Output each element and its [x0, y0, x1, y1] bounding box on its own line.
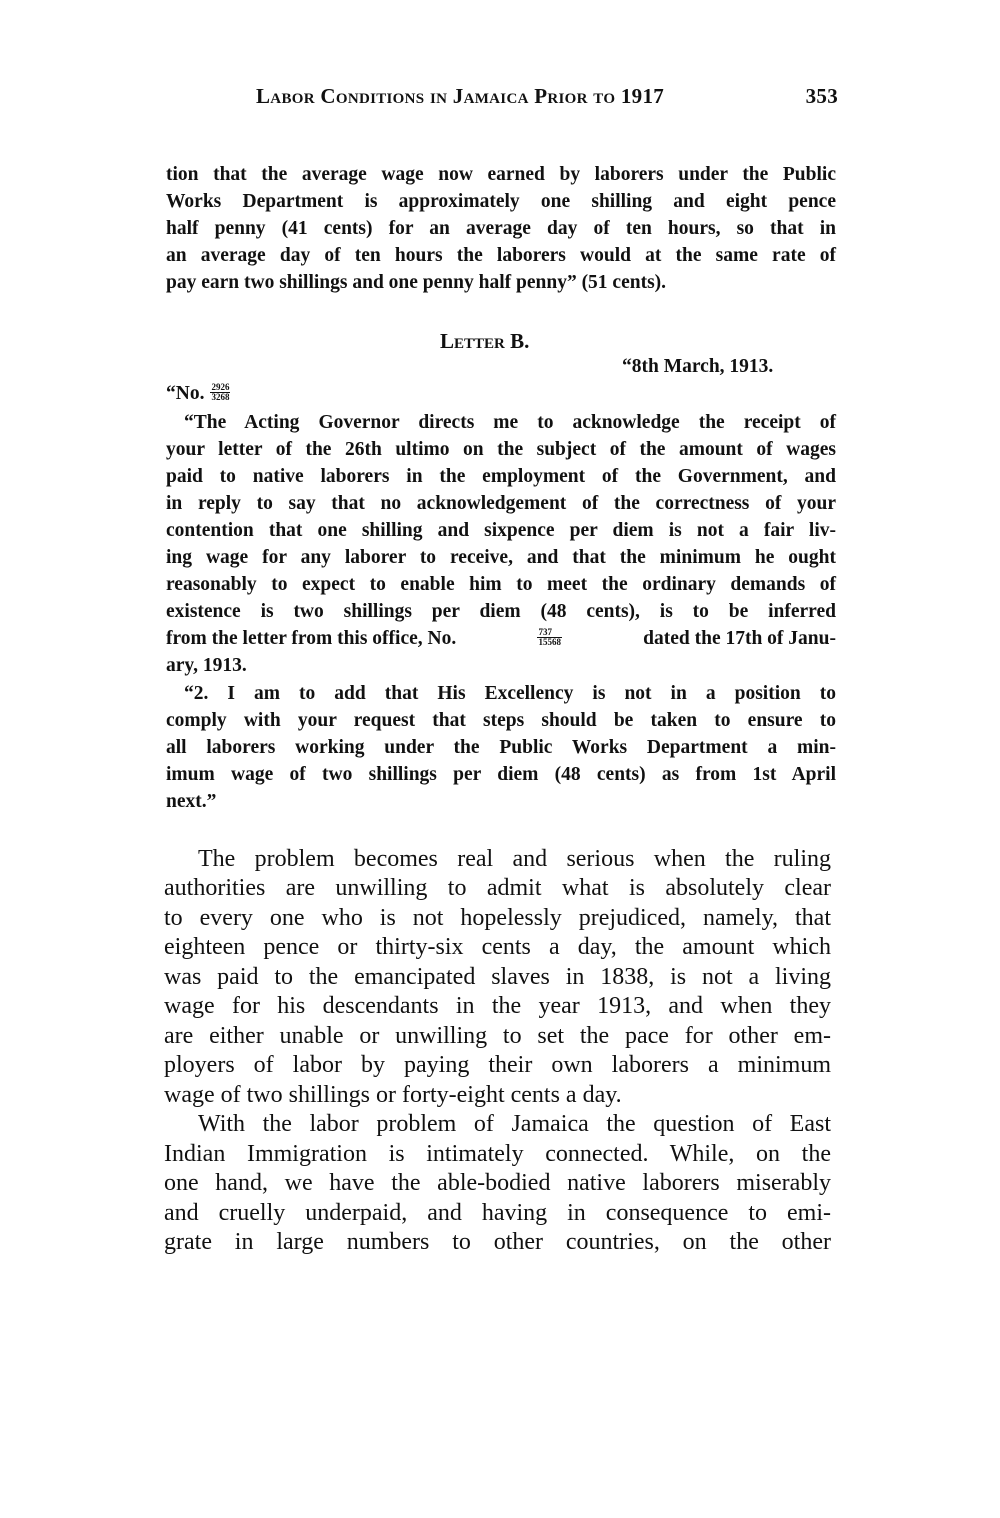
text-line: With the labor problem of Jamaica the qu… [198, 1110, 831, 1138]
text-line: ing wage for any laborer to receive, and… [166, 546, 836, 570]
text-line: your letter of the 26th ultimo on the su… [166, 438, 836, 462]
text-line: paid to native laborers in the employmen… [166, 465, 836, 489]
text-line: comply with your request that steps shou… [166, 709, 836, 733]
text-line: one hand, we have the able-bodied native… [164, 1169, 831, 1197]
text-line: Works Department is approximately one sh… [166, 190, 836, 214]
reference-fraction: 29263268 [210, 383, 230, 402]
text-line: Indian Immigration is intimately connect… [164, 1140, 831, 1168]
page-number: 353 [806, 84, 838, 109]
text-line: was paid to the emancipated slaves in 18… [164, 963, 831, 991]
letter-number-fraction: 73715568 [537, 628, 562, 647]
text-line: ary, 1913. [166, 654, 836, 678]
text-line: are either unable or unwilling to set th… [164, 1022, 831, 1050]
text-line: an average day of ten hours the laborers… [166, 244, 836, 268]
text-line: tion that the average wage now earned by… [166, 163, 836, 187]
fraction-numerator: 737 [537, 628, 562, 638]
text-line: in reply to say that no acknowledgement … [166, 492, 836, 516]
text-line: wage for his descendants in the year 191… [164, 992, 831, 1020]
text-fragment: dated the 17th of Janu- [643, 627, 836, 651]
fraction-denominator: 3268 [210, 393, 230, 402]
fraction-denominator: 15568 [537, 638, 562, 647]
text-line: next.” [166, 790, 836, 814]
text-line: wage of two shillings or forty-eight cen… [164, 1081, 831, 1109]
text-line: reasonably to expect to enable him to me… [166, 573, 836, 597]
book-page: Labor Conditions in Jamaica Prior to 191… [0, 0, 1000, 1518]
letter-date: “8th March, 1913. [622, 356, 773, 378]
running-title: Labor Conditions in Jamaica Prior to 191… [256, 84, 664, 109]
text-line: half penny (41 cents) for an average day… [166, 217, 836, 241]
text-line: contention that one shilling and sixpenc… [166, 519, 836, 543]
text-fragment: from the letter from this office, No. [166, 627, 456, 651]
text-line: from the letter from this office, No. 73… [166, 627, 836, 651]
text-line: “2. I am to add that His Excellency is n… [184, 682, 836, 706]
text-line: existence is two shillings per diem (48 … [166, 600, 836, 624]
text-line: The problem becomes real and serious whe… [198, 845, 831, 873]
text-line: and cruelly underpaid, and having in con… [164, 1199, 831, 1227]
text-line: to every one who is not hopelessly preju… [164, 904, 831, 932]
text-line: pay earn two shillings and one penny hal… [166, 271, 836, 295]
text-line: imum wage of two shillings per diem (48 … [166, 763, 836, 787]
reference-prefix: “No. [166, 383, 204, 404]
letter-reference: “No.29263268 [166, 383, 230, 405]
text-line: eighteen pence or thirty-six cents a day… [164, 933, 831, 961]
text-line: all laborers working under the Public Wo… [166, 736, 836, 760]
letter-heading: Letter B. [440, 329, 529, 354]
text-line: “The Acting Governor directs me to ackno… [184, 411, 836, 435]
text-line: ployers of labor by paying their own lab… [164, 1051, 831, 1079]
running-head: Labor Conditions in Jamaica Prior to 191… [256, 84, 838, 114]
text-line: grate in large numbers to other countrie… [164, 1228, 831, 1256]
text-line: authorities are unwilling to admit what … [164, 874, 831, 902]
